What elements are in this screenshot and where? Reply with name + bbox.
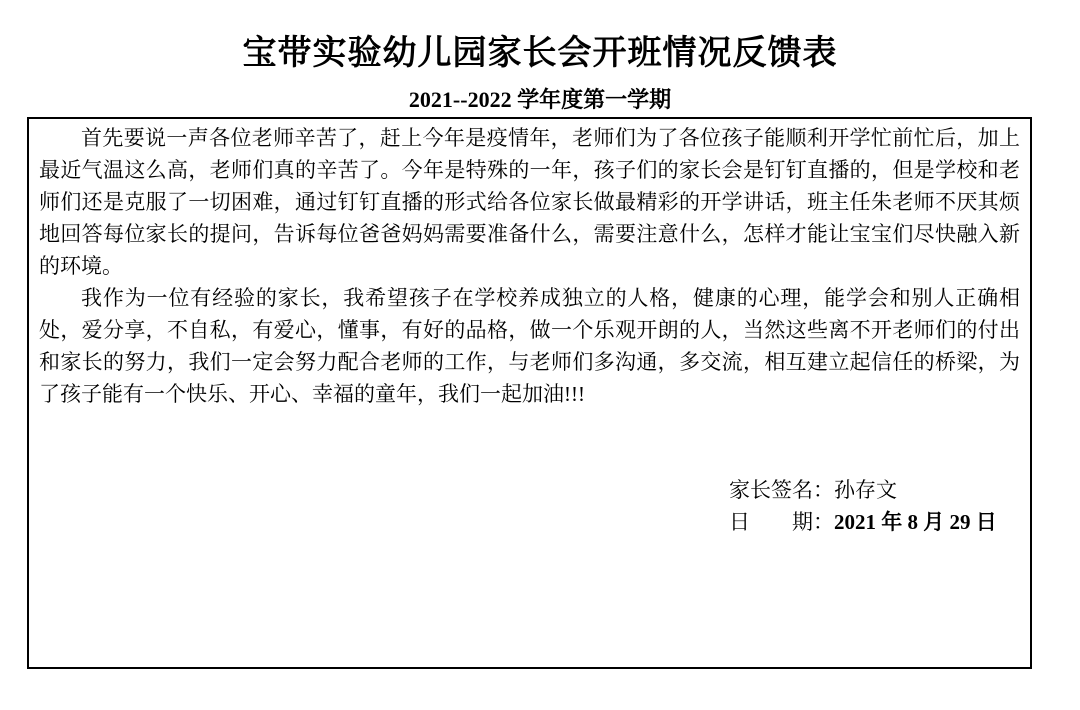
parent-signature-line: 家长签名：孙存文: [729, 474, 1020, 506]
date-value: 2021 年 8 月 29 日: [834, 510, 997, 534]
page-subtitle: 2021--2022 学年度第一学期: [0, 88, 1080, 112]
date-label: 日 期：: [729, 510, 834, 534]
feedback-form-page: 宝带实验幼儿园家长会开班情况反馈表 2021--2022 学年度第一学期 首先要…: [0, 0, 1080, 710]
parent-signature-label: 家长签名：: [729, 478, 834, 502]
page-title: 宝带实验幼儿园家长会开班情况反馈表: [0, 34, 1080, 74]
feedback-paragraph-1: 首先要说一声各位老师辛苦了，赶上今年是疫情年，老师们为了各位孩子能顺利开学忙前忙…: [39, 122, 1020, 282]
feedback-body: 首先要说一声各位老师辛苦了，赶上今年是疫情年，老师们为了各位孩子能顺利开学忙前忙…: [39, 122, 1020, 410]
feedback-paragraph-2: 我作为一位有经验的家长，我希望孩子在学校养成独立的人格，健康的心理，能学会和别人…: [39, 282, 1020, 410]
feedback-content-box: 首先要说一声各位老师辛苦了，赶上今年是疫情年，老师们为了各位孩子能顺利开学忙前忙…: [27, 117, 1032, 669]
date-line: 日 期：2021 年 8 月 29 日: [729, 506, 1020, 538]
parent-signature-name: 孙存文: [834, 478, 897, 502]
signature-block: 家长签名：孙存文 日 期：2021 年 8 月 29 日: [39, 474, 1020, 538]
